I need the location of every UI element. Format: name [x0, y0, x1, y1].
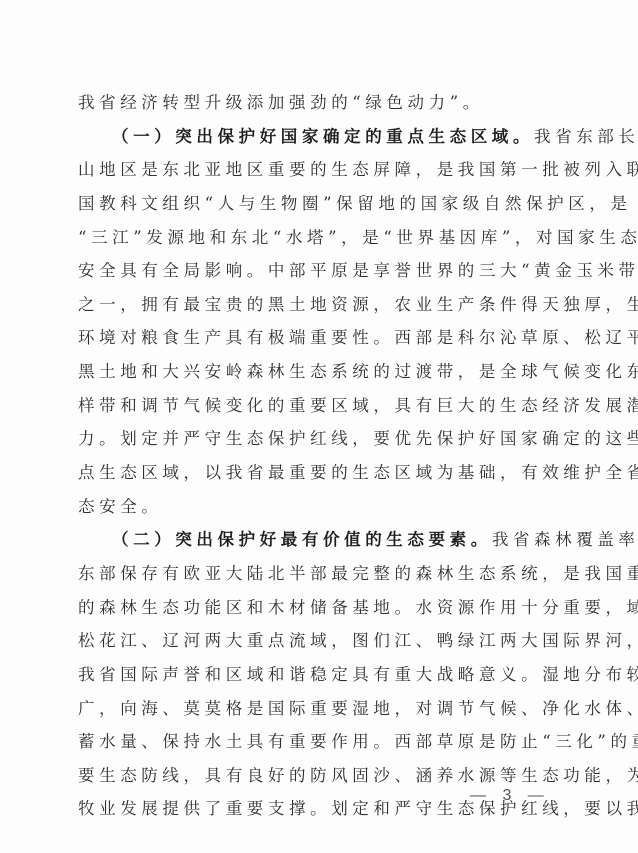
section-heading-line: （二）突出保护好最有价值的生态要素。我省森林覆盖率高， [78, 523, 552, 557]
text-line: “三江”发源地和东北“水塔”，是“世界基因库”，对国家生态 [78, 221, 552, 255]
text-line: 样带和调节气候变化的重要区域，具有巨大的生态经济发展潜 [78, 389, 552, 423]
text-line: 松花江、辽河两大重点流域，图们江、鸭绿江两大国际界河，对 [78, 624, 552, 658]
section-heading: （二）突出保护好最有价值的生态要素。 [112, 530, 492, 549]
text-line: 东部保存有欧亚大陆北半部最完整的森林生态系统，是我国重要 [78, 557, 552, 591]
document-page: 我省经济转型升级添加强劲的“绿色动力”。 （一）突出保护好国家确定的重点生态区域… [0, 0, 638, 853]
text-line: 国教科文组织“人与生物圈”保留地的国家级自然保护区，是 [78, 187, 552, 221]
text-line: 环境对粮食生产具有极端重要性。西部是科尔沁草原、松辽平原 [78, 321, 552, 355]
text-line: 广，向海、莫莫格是国际重要湿地，对调节气候、净化水体、调 [78, 692, 552, 726]
text-line: 黑土地和大兴安岭森林生态系统的过渡带，是全球气候变化东北 [78, 355, 552, 389]
section-heading: （一）突出保护好国家确定的重点生态区域。 [112, 127, 534, 146]
section-heading-line: （一）突出保护好国家确定的重点生态区域。我省东部长白 [78, 120, 552, 154]
text-line: 点生态区域，以我省最重要的生态区域为基础，有效维护全省生 [78, 456, 552, 490]
text-line: 我省经济转型升级添加强劲的“绿色动力”。 [78, 86, 552, 120]
text-line: 态安全。 [78, 490, 552, 524]
text-line: 力。划定并严守生态保护红线，要优先保护好国家确定的这些重 [78, 422, 552, 456]
text-line: 之一，拥有最宝贵的黑土地资源，农业生产条件得天独厚，生态 [78, 288, 552, 322]
page-number: — 3 — [470, 787, 550, 805]
text-line: 的森林生态功能区和木材储备基地。水资源作用十分重要，域内 [78, 591, 552, 625]
text-span: 我省森林覆盖率高， [492, 530, 638, 549]
text-line: 山地区是东北亚地区重要的生态屏障，是我国第一批被列入联合 [78, 153, 552, 187]
text-line: 我省国际声誉和区域和谐稳定具有重大战略意义。湿地分布较 [78, 658, 552, 692]
text-span: 我省东部长白 [534, 127, 638, 146]
document-body: 我省经济转型升级添加强劲的“绿色动力”。 （一）突出保护好国家确定的重点生态区域… [78, 86, 552, 826]
text-line: 蓄水量、保持水土具有重要作用。西部草原是防止“三化”的重 [78, 725, 552, 759]
text-line: 安全具有全局影响。中部平原是享誉世界的三大“黄金玉米带” [78, 254, 552, 288]
